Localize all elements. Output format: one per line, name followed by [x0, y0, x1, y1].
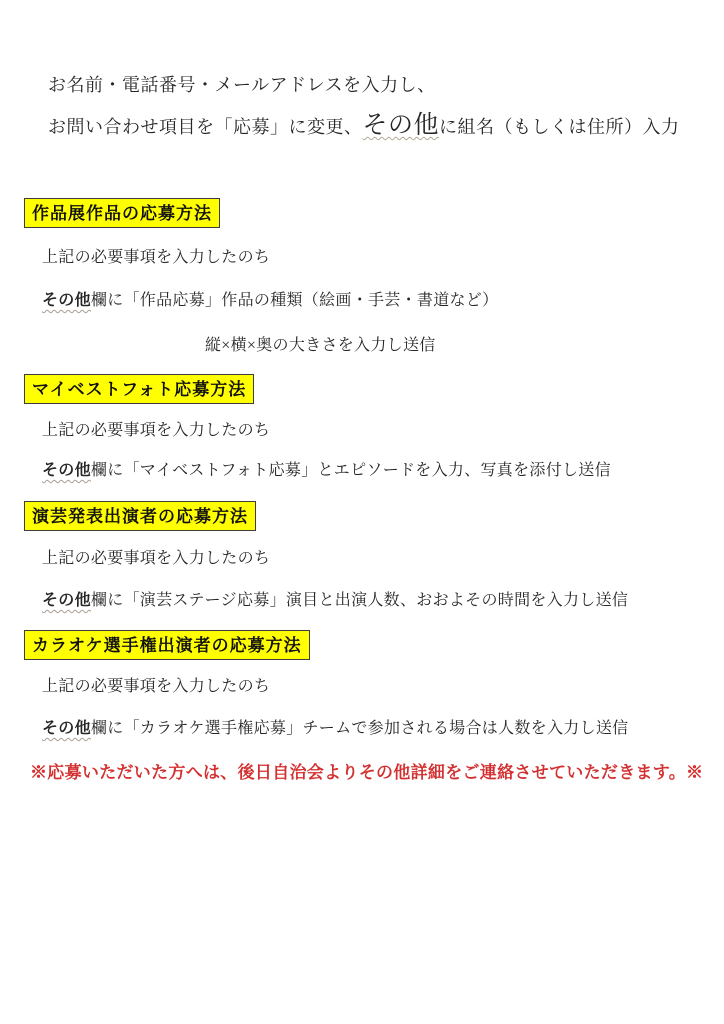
sonota-emphasis: その他: [42, 720, 91, 737]
document-page: お名前・電話番号・メールアドレスを入力し、 お問い合わせ項目を「応募」に変更、そ…: [0, 0, 724, 1024]
intro-sonota-emphasis: その他: [363, 112, 440, 139]
section-artwork-step3: 縦×横×奥の大きさを入力し送信: [205, 335, 724, 357]
section-photo-step1: 上記の必要事項を入力したのち: [42, 420, 724, 442]
section-heading-karaoke: カラオケ選手権出演者の応募方法: [24, 630, 310, 660]
section-my-best-photo: マイベストフォト応募方法 上記の必要事項を入力したのち その他欄に「マイベストフ…: [0, 374, 724, 482]
intro-line-1-text: お名前・電話番号・メールアドレスを入力し、: [48, 75, 436, 95]
section-karaoke-step1: 上記の必要事項を入力したのち: [42, 676, 724, 698]
section-artwork-exhibition: 作品展作品の応募方法 上記の必要事項を入力したのち その他欄に「作品応募」作品の…: [0, 198, 724, 357]
section-photo-step2-text: 欄に「マイベストフォト応募」とエピソードを入力、写真を添付し送信: [91, 462, 611, 479]
section-photo-step2: その他欄に「マイベストフォト応募」とエピソードを入力、写真を添付し送信: [42, 460, 724, 482]
section-heading-karaoke-text: カラオケ選手権出演者の応募方法: [32, 636, 302, 655]
intro-line-2-after: に組名（もしくは住所）入力: [439, 117, 680, 137]
footer-notice: ※応募いただいた方へは、後日自治会よりその他詳細をご連絡させていただきます。※: [30, 761, 724, 785]
section-karaoke-step2-text: 欄に「カラオケ選手権応募」チームで参加される場合は人数を入力し送信: [91, 720, 629, 737]
section-heading-performance-text: 演芸発表出演者の応募方法: [32, 507, 248, 526]
section-karaoke-step2: その他欄に「カラオケ選手権応募」チームで参加される場合は人数を入力し送信: [42, 718, 724, 740]
section-heading-artwork-text: 作品展作品の応募方法: [32, 204, 212, 223]
intro-line-1: お名前・電話番号・メールアドレスを入力し、: [48, 73, 724, 97]
intro-line-2: お問い合わせ項目を「応募」に変更、その他に組名（もしくは住所）入力: [48, 111, 724, 142]
section-heading-photo: マイベストフォト応募方法: [24, 374, 254, 404]
sonota-emphasis: その他: [42, 462, 91, 479]
section-performance-step2-text: 欄に「演芸ステージ応募」演目と出演人数、おおよその時間を入力し送信: [91, 592, 628, 609]
section-karaoke: カラオケ選手権出演者の応募方法 上記の必要事項を入力したのち その他欄に「カラオ…: [0, 630, 724, 740]
section-performance-step1: 上記の必要事項を入力したのち: [42, 548, 724, 570]
section-heading-photo-text: マイベストフォト応募方法: [32, 380, 246, 399]
section-artwork-step1: 上記の必要事項を入力したのち: [42, 247, 724, 269]
sonota-emphasis: その他: [42, 592, 91, 609]
section-heading-performance: 演芸発表出演者の応募方法: [24, 501, 256, 531]
intro-line-2-before: お問い合わせ項目を「応募」に変更、: [48, 117, 363, 137]
section-performance-step2: その他欄に「演芸ステージ応募」演目と出演人数、おおよその時間を入力し送信: [42, 590, 724, 612]
sonota-emphasis: その他: [42, 292, 91, 309]
section-performance: 演芸発表出演者の応募方法 上記の必要事項を入力したのち その他欄に「演芸ステージ…: [0, 501, 724, 612]
section-heading-artwork: 作品展作品の応募方法: [24, 198, 220, 228]
section-artwork-step2-text: 欄に「作品応募」作品の種類（絵画・手芸・書道など）: [91, 292, 499, 309]
section-artwork-step2: その他欄に「作品応募」作品の種類（絵画・手芸・書道など）: [42, 290, 724, 312]
